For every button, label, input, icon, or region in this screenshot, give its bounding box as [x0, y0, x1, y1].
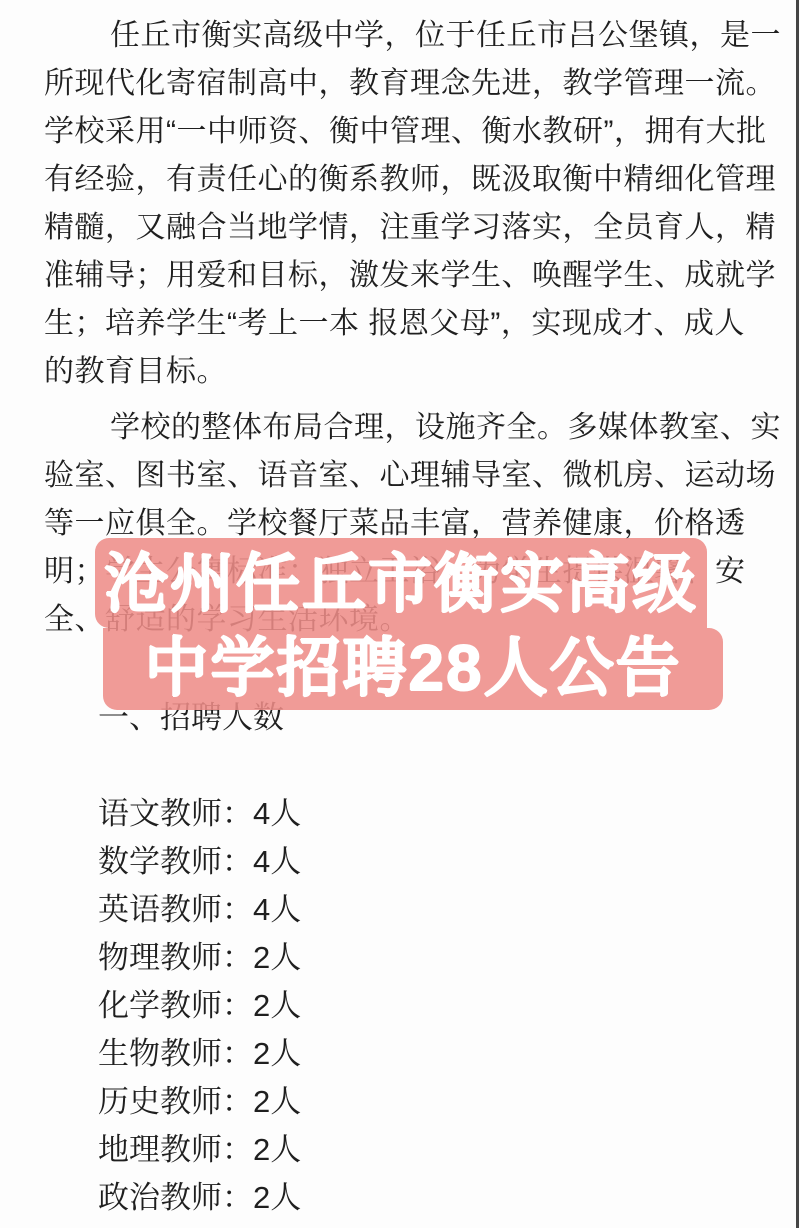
- paragraph-line: 精髓，又融合当地学情，注重学习落实，全员育人，精: [44, 204, 768, 252]
- list-item: 生物教师：2人: [98, 1030, 301, 1078]
- list-item: 化学教师：2人: [98, 982, 301, 1030]
- recruitment-list: 语文教师：4人 数学教师：4人 英语教师：4人 物理教师：2人 化学教师：2人 …: [98, 790, 301, 1222]
- paragraph-line: 有经验，有责任心的衡系教师，既汲取衡中精细化管理: [44, 156, 768, 204]
- intro-paragraph: 任丘市衡实高级中学，位于任丘市吕公堡镇，是一 所现代化寄宿制高中，教育理念先进，…: [44, 12, 768, 396]
- paragraph-line: 学校的整体布局合理，设施齐全。多媒体教室、实: [44, 404, 768, 452]
- banner-title-line-2: 中学招聘28人公告: [103, 626, 723, 710]
- right-edge-divider: [796, 0, 799, 1228]
- document-page[interactable]: 任丘市衡实高级中学，位于任丘市吕公堡镇，是一 所现代化寄宿制高中，教育理念先进，…: [0, 0, 800, 1228]
- paragraph-line: 准辅导；用爱和目标，激发来学生、唤醒学生、成就学: [44, 252, 768, 300]
- list-item: 英语教师：4人: [98, 886, 301, 934]
- list-item: 数学教师：4人: [98, 838, 301, 886]
- paragraph-line: 验室、图书室、语音室、心理辅导室、微机房、运动场: [44, 452, 768, 500]
- list-item: 物理教师：2人: [98, 934, 301, 982]
- list-item: 地理教师：2人: [98, 1126, 301, 1174]
- paragraph-line: 任丘市衡实高级中学，位于任丘市吕公堡镇，是一: [44, 12, 768, 60]
- banner-title-line-1: 沧州任丘市衡实高级: [95, 544, 707, 624]
- list-item: 政治教师：2人: [98, 1174, 301, 1222]
- paragraph-line: 生；培养学生“考上一本 报恩父母”，实现成才、成人: [44, 300, 768, 348]
- paragraph-line: 学校采用“一中师资、衡中管理、衡水教研”，拥有大批: [44, 108, 768, 156]
- list-item: 语文教师：4人: [98, 790, 301, 838]
- paragraph-line: 的教育目标。: [44, 348, 768, 396]
- paragraph-line: 所现代化寄宿制高中，教育理念先进，教学管理一流。: [44, 60, 768, 108]
- list-item: 历史教师：2人: [98, 1078, 301, 1126]
